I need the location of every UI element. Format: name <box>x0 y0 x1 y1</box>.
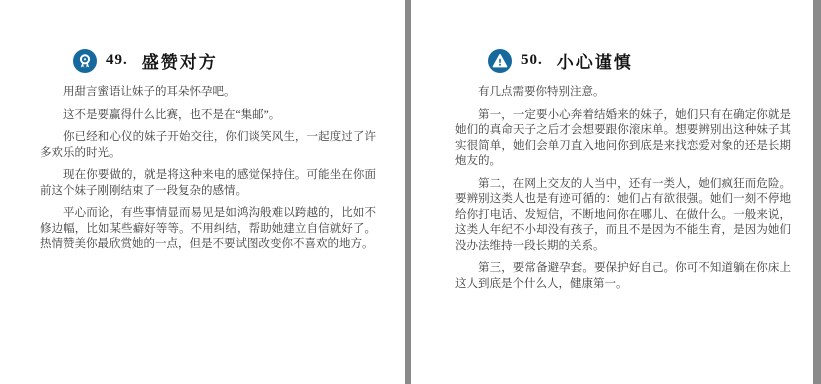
section-body: 有几点需要你特别注意。第一，一定要小心奔着结婚来的妹子，她们只有在确定你就是她们… <box>455 85 791 292</box>
paragraph: 用甜言蜜语让妹子的耳朵怀孕吧。 <box>40 85 376 101</box>
right-page: 50. 小心谨慎 有几点需要你特别注意。第一，一定要小心奔着结婚来的妹子，她们只… <box>455 48 791 299</box>
paragraph: 第三，要常备避孕套。要保护好自己。你可不知道躺在你床上这人到底是个什么人，健康第… <box>455 261 791 292</box>
window-edge-strip <box>813 0 821 384</box>
left-page: 49. 盛赞对方 用甜言蜜语让妹子的耳朵怀孕吧。这不是要赢得什么比赛，也不是在“… <box>40 48 376 260</box>
paragraph: 有几点需要你特别注意。 <box>455 85 791 101</box>
paragraph: 你已经和心仪的妹子开始交往，你们谈笑风生，一起度过了许多欢乐的时光。 <box>40 130 376 161</box>
warning-icon <box>488 49 512 73</box>
paragraph: 这不是要赢得什么比赛，也不是在“集邮”。 <box>40 108 376 124</box>
section-title: 盛赞对方 <box>142 48 218 73</box>
section-header-49: 49. 盛赞对方 <box>73 48 376 73</box>
paragraph: 现在你要做的，就是将这种来电的感觉保持住。可能坐在你面前这个妹子刚刚结束了一段复… <box>40 168 376 199</box>
section-number: 49. <box>106 52 128 69</box>
paragraph: 平心而论，有些事情显而易见是如鸿沟般难以跨越的，比如不修边幅，比如某些癖好等等。… <box>40 206 376 253</box>
section-number: 50. <box>521 52 543 69</box>
medal-icon <box>73 49 97 73</box>
section-body: 用甜言蜜语让妹子的耳朵怀孕吧。这不是要赢得什么比赛，也不是在“集邮”。你已经和心… <box>40 85 376 253</box>
page-divider <box>405 0 411 384</box>
paragraph: 第一，一定要小心奔着结婚来的妹子，她们只有在确定你就是她们的真命天子之后才会想要… <box>455 108 791 170</box>
ebook-two-page-view: 49. 盛赞对方 用甜言蜜语让妹子的耳朵怀孕吧。这不是要赢得什么比赛，也不是在“… <box>0 0 821 384</box>
section-title: 小心谨慎 <box>557 48 633 73</box>
paragraph: 第二，在网上交友的人当中，还有一类人，她们疯狂而危险。要辨别这类人也是有迹可循的… <box>455 177 791 255</box>
section-header-50: 50. 小心谨慎 <box>488 48 791 73</box>
